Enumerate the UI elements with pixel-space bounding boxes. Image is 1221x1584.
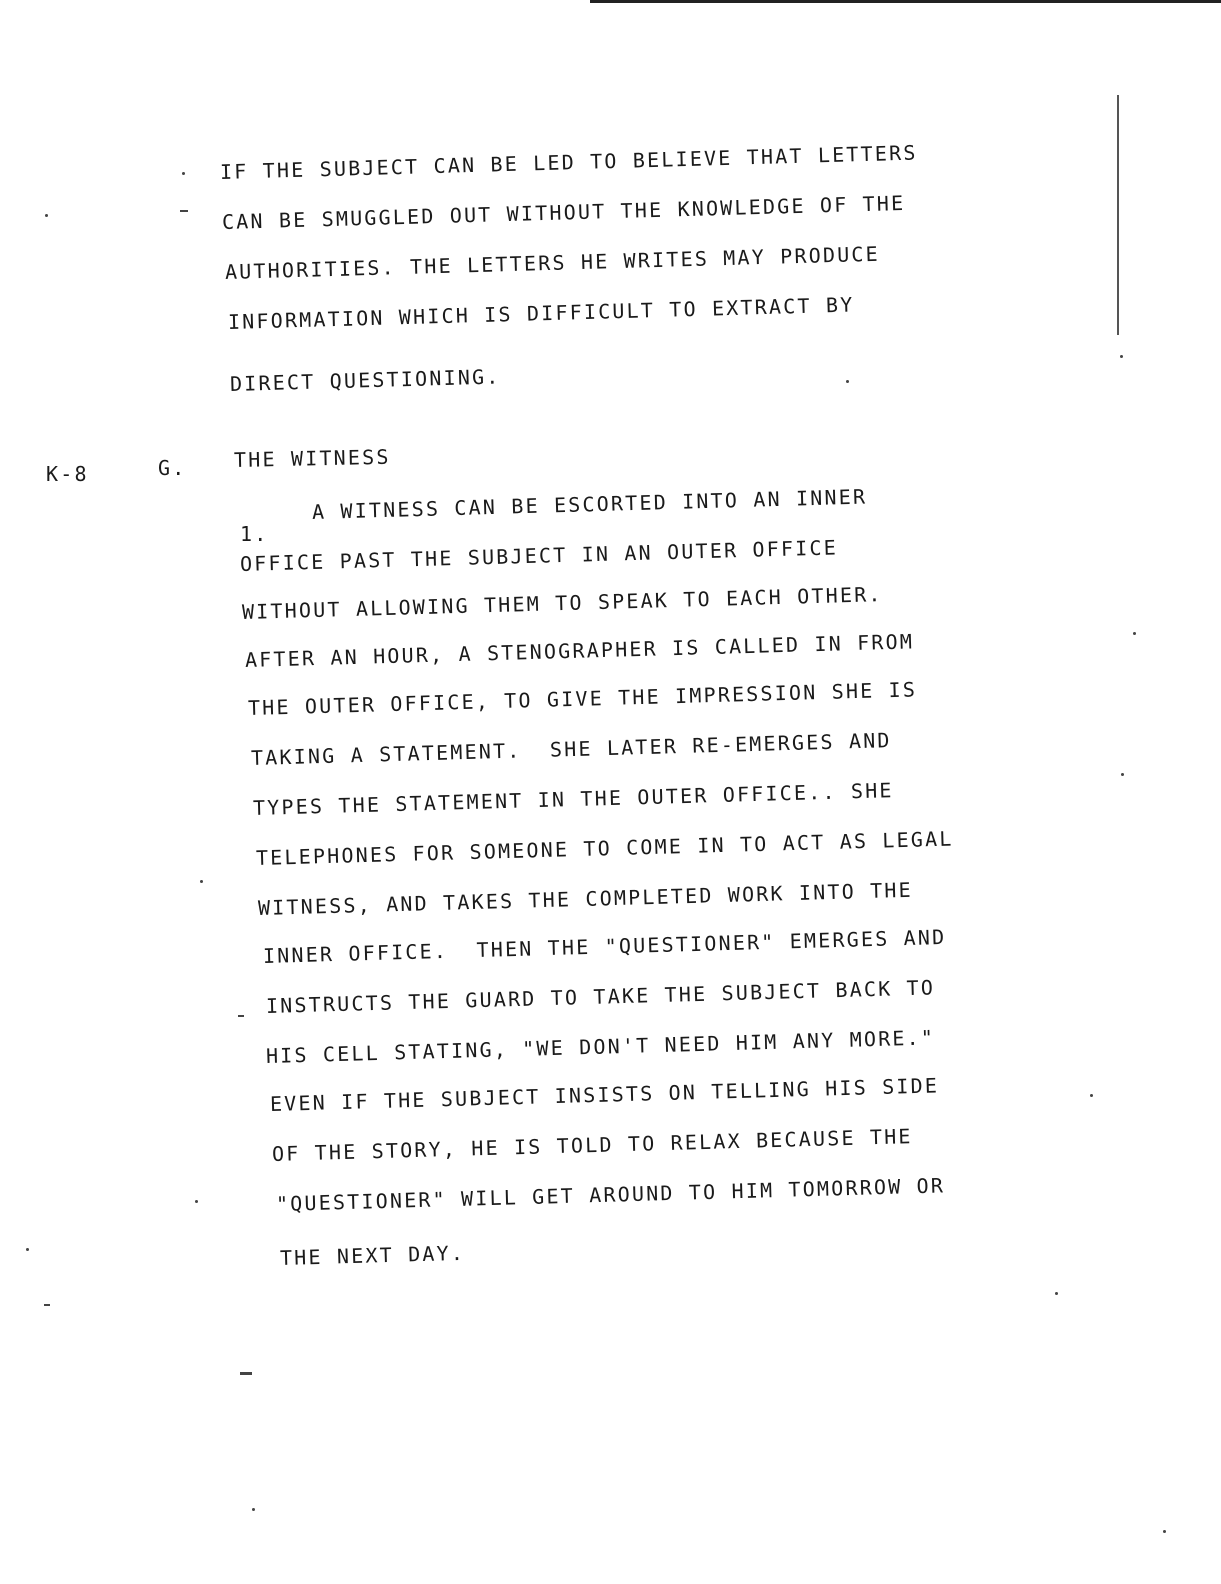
margin-rule: [1117, 95, 1119, 335]
scan-speck: [195, 1200, 198, 1203]
scan-speck: [200, 880, 203, 883]
section-letter: G.: [158, 456, 186, 480]
text-line: TYPES THE STATEMENT IN THE OUTER OFFICE.…: [253, 778, 894, 820]
text-line: CAN BE SMUGGLED OUT WITHOUT THE KNOWLEDG…: [222, 191, 906, 234]
scan-speck: [1163, 1530, 1166, 1533]
text-line: DIRECT QUESTIONING.: [230, 364, 501, 396]
text-line: WITNESS, AND TAKES THE COMPLETED WORK IN…: [258, 878, 914, 920]
scan-speck: [252, 1508, 255, 1511]
text-line: THE OUTER OFFICE, TO GIVE THE IMPRESSION…: [248, 677, 918, 720]
text-line: INSTRUCTS THE GUARD TO TAKE THE SUBJECT …: [266, 975, 936, 1018]
section-title: THE WITNESS: [234, 445, 391, 472]
margin-reference: K-8: [46, 462, 89, 486]
text-line: AUTHORITIES. THE LETTERS HE WRITES MAY P…: [225, 242, 881, 284]
item-number: 1.: [240, 522, 268, 546]
text-line: HIS CELL STATING, "WE DON'T NEED HIM ANY…: [266, 1025, 936, 1068]
scan-speck: [1055, 1292, 1058, 1295]
scan-speck: [1090, 1094, 1093, 1097]
scan-speck: [45, 214, 48, 217]
text-line: AFTER AN HOUR, A STENOGRAPHER IS CALLED …: [245, 629, 915, 672]
text-line: WITHOUT ALLOWING THEM TO SPEAK TO EACH O…: [242, 582, 883, 624]
text-line: EVEN IF THE SUBJECT INSISTS ON TELLING H…: [270, 1073, 940, 1116]
text-line: THE NEXT DAY.: [280, 1241, 466, 1270]
scan-speck: [1121, 773, 1124, 776]
text-line: IF THE SUBJECT CAN BE LED TO BELIEVE THA…: [220, 141, 918, 184]
text-line: A WITNESS CAN BE ESCORTED INTO AN INNER: [312, 484, 868, 523]
scan-mark: [180, 210, 188, 212]
scan-edge-bar: [590, 0, 1221, 3]
scan-speck: [182, 172, 185, 175]
scan-speck: [1133, 632, 1136, 635]
scan-mark: [240, 1372, 252, 1375]
scan-speck: [846, 380, 849, 383]
text-line: TELEPHONES FOR SOMEONE TO COME IN TO ACT…: [256, 827, 954, 870]
text-line: "QUESTIONER" WILL GET AROUND TO HIM TOMO…: [276, 1173, 946, 1216]
scan-speck: [1120, 355, 1123, 358]
scan-mark: [44, 1304, 50, 1306]
text-line: INNER OFFICE. THEN THE "QUESTIONER" EMER…: [263, 925, 947, 968]
text-line: TAKING A STATEMENT. SHE LATER RE-EMERGES…: [251, 728, 892, 770]
scan-mark: [238, 1015, 244, 1017]
text-line: OF THE STORY, HE IS TOLD TO RELAX BECAUS…: [272, 1124, 913, 1166]
text-line: INFORMATION WHICH IS DIFFICULT TO EXTRAC…: [228, 293, 855, 334]
scan-speck: [26, 1248, 29, 1251]
text-line: OFFICE PAST THE SUBJECT IN AN OUTER OFFI…: [240, 535, 839, 576]
